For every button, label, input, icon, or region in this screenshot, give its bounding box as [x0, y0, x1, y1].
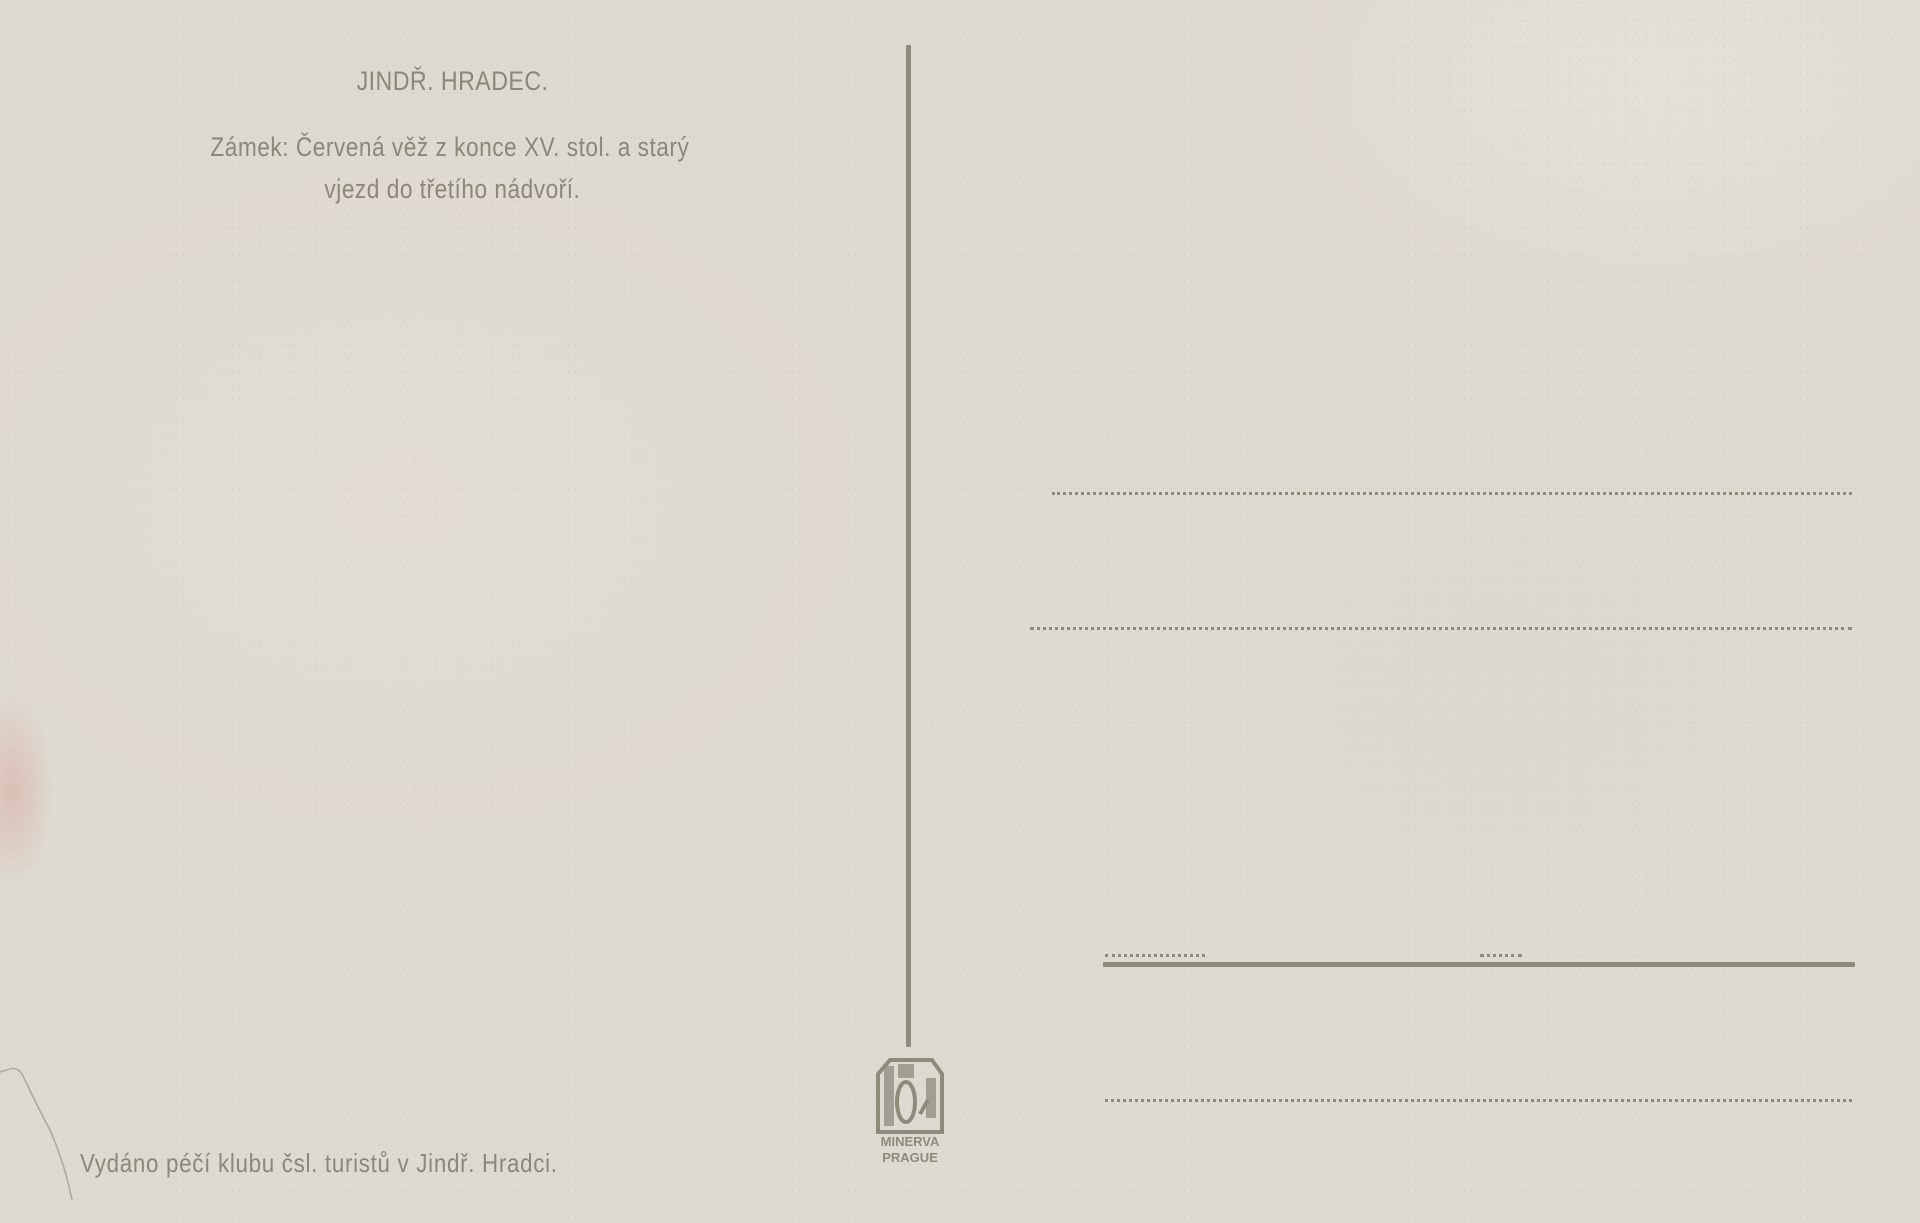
caption-line-2: vjezd do třetího nádvoří. — [74, 174, 830, 205]
address-line-3-dots-right — [1480, 954, 1522, 957]
address-line-1 — [1052, 492, 1852, 495]
address-line-3 — [1103, 962, 1855, 967]
center-divider-line — [906, 45, 911, 1047]
postcard-back: JINDŘ. HRADEC. Zámek: Červená věž z konc… — [0, 0, 1920, 1223]
svg-text:MINERVA: MINERVA — [881, 1134, 940, 1149]
address-line-4 — [1105, 1099, 1852, 1102]
publisher-footer: Vydáno péčí klubu čsl. turistů v Jindř. … — [80, 1148, 558, 1179]
caption-line-1: Zámek: Červená věž z konce XV. stol. a s… — [72, 132, 828, 163]
caption-title: JINDŘ. HRADEC. — [66, 66, 840, 97]
svg-text:PRAGUE: PRAGUE — [882, 1150, 938, 1165]
minerva-logo-icon: MINERVA PRAGUE — [870, 1052, 950, 1172]
address-line-2 — [1030, 627, 1852, 630]
paper-crease — [0, 1060, 90, 1220]
address-line-3-dots-left — [1105, 954, 1205, 957]
